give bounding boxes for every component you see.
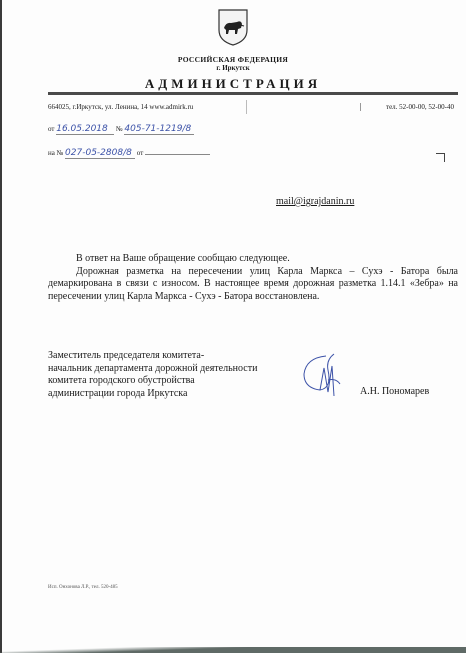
position-line: комитета городского обустройства bbox=[48, 375, 257, 388]
scan-edge bbox=[0, 0, 2, 653]
position-line: Заместитель председателя комитета- bbox=[48, 350, 257, 363]
position-line: начальник департамента дорожной деятельн… bbox=[48, 363, 257, 376]
ref-date-field bbox=[145, 145, 210, 155]
outgoing-registration: от 16.05.2018 № 405-71-1219/8 bbox=[48, 124, 194, 135]
signer-name: А.Н. Пономарев bbox=[360, 386, 429, 397]
ref-from-label: от bbox=[137, 149, 143, 157]
coat-of-arms-icon bbox=[217, 8, 249, 46]
address-corner-mark bbox=[436, 153, 445, 162]
divider bbox=[360, 103, 361, 111]
city-label: г. Иркутск bbox=[0, 64, 466, 72]
administration-title: АДМИНИСТРАЦИЯ bbox=[0, 76, 466, 92]
handwritten-signature-icon bbox=[298, 350, 348, 405]
divider bbox=[246, 100, 247, 114]
header-rule bbox=[48, 92, 458, 95]
body-paragraph: В ответ на Ваше обращение сообщаю следую… bbox=[48, 253, 458, 266]
scan-edge bbox=[0, 647, 466, 653]
letter-page: РОССИЙСКАЯ ФЕДЕРАЦИЯ г. Иркутск АДМИНИСТ… bbox=[0, 0, 466, 653]
from-label: от bbox=[48, 125, 54, 133]
signer-position: Заместитель председателя комитета- начал… bbox=[48, 350, 257, 400]
ref-number-field: 027-05-2808/8 bbox=[65, 148, 135, 159]
number-label: № bbox=[116, 125, 123, 133]
position-line: администрации города Иркутска bbox=[48, 388, 257, 401]
federation-label: РОССИЙСКАЯ ФЕДЕРАЦИЯ bbox=[0, 55, 466, 64]
number-field: 405-71-1219/8 bbox=[124, 124, 194, 135]
date-field: 16.05.2018 bbox=[56, 124, 114, 135]
letter-body: В ответ на Ваше обращение сообщаю следую… bbox=[48, 253, 458, 303]
address: 664025, г.Иркутск, ул. Ленина, 14 www.ad… bbox=[48, 103, 193, 111]
executor-note: Исп. Онхонова Л.Р., тел. 520-485 bbox=[48, 585, 118, 590]
ref-label: на № bbox=[48, 149, 63, 157]
body-paragraph: Дорожная разметка на пересечении улиц Ка… bbox=[48, 266, 458, 304]
phone: тел. 52-00-00, 52-00-40 bbox=[386, 103, 454, 111]
recipient-email: mail@igrajdanin.ru bbox=[276, 196, 354, 207]
incoming-reference: на № 027-05-2808/8 от bbox=[48, 145, 210, 159]
